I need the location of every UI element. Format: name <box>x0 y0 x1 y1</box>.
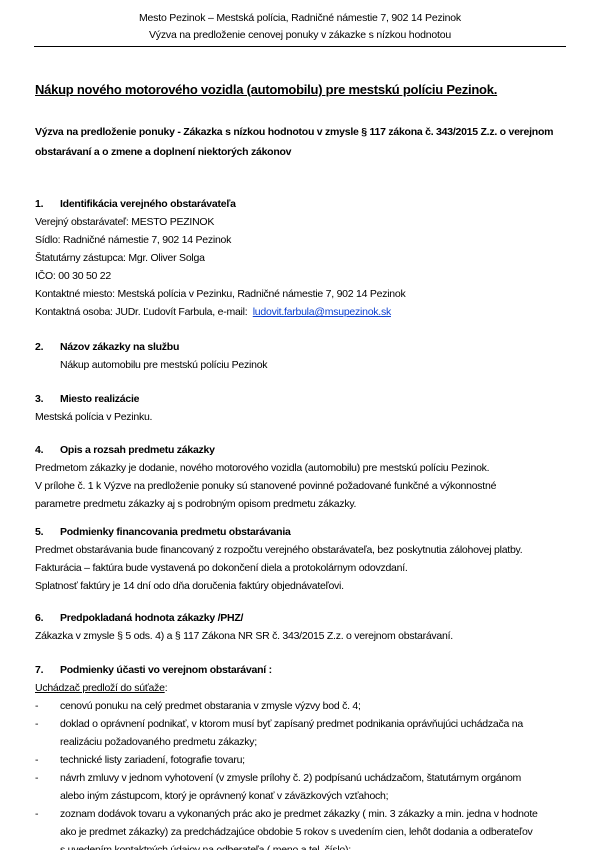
section-7-subheading: Uchádzač predloží do súťaže: <box>35 682 167 694</box>
section-number: 1. <box>35 198 60 210</box>
bullet-marker: - <box>35 808 39 820</box>
contact-email-link[interactable]: ludovit.farbula@msupezinok.sk <box>253 306 391 318</box>
section-6-heading: 6.Predpokladaná hodnota zákazky /PHZ/ <box>35 612 243 624</box>
bullet-marker: - <box>35 754 39 766</box>
intro-line-1: Výzva na predloženie ponuky - Zákazka s … <box>35 126 553 138</box>
section-heading-text: Predpokladaná hodnota zákazky /PHZ/ <box>60 612 243 624</box>
section-2-line: Nákup automobilu pre mestskú políciu Pez… <box>60 359 267 371</box>
subheading-colon: : <box>165 682 168 694</box>
section-number: 6. <box>35 612 60 624</box>
section-1-line: Verejný obstarávateľ: MESTO PEZINOK <box>35 216 214 228</box>
section-4-line: Predmetom zákazky je dodanie, nového mot… <box>35 462 489 474</box>
section-5-line: Splatnosť faktúry je 14 dní odo dňa doru… <box>35 580 344 592</box>
header-line-1: Mesto Pezinok – Mestská polícia, Radničn… <box>0 12 600 24</box>
section-heading-text: Názov zákazky na službu <box>60 341 179 353</box>
document-title: Nákup nového motorového vozidla (automob… <box>35 82 497 97</box>
section-number: 5. <box>35 526 60 538</box>
header-line-2: Výzva na predloženie cenovej ponuky v zá… <box>0 29 600 41</box>
bullet-marker: - <box>35 772 39 784</box>
section-5-heading: 5.Podmienky financovania predmetu obstar… <box>35 526 291 538</box>
section-number: 3. <box>35 393 60 405</box>
bullet-item: návrh zmluvy v jednom vyhotovení (v zmys… <box>60 772 521 784</box>
bullet-marker: - <box>35 718 39 730</box>
section-1-line: Sídlo: Radničné námestie 7, 902 14 Pezin… <box>35 234 231 246</box>
bullet-item: technické listy zariadení, fotografie to… <box>60 754 245 766</box>
bullet-item-cont: alebo iným zástupcom, ktorý je oprávnený… <box>60 790 388 802</box>
document-page: Mesto Pezinok – Mestská polícia, Radničn… <box>0 0 600 850</box>
section-heading-text: Miesto realizácie <box>60 393 139 405</box>
section-5-line: Fakturácia – faktúra bude vystavená po d… <box>35 562 408 574</box>
section-number: 4. <box>35 444 60 456</box>
section-number: 7. <box>35 664 60 676</box>
section-heading-text: Podmienky financovania predmetu obstaráv… <box>60 526 291 538</box>
section-1-line: Štatutárny zástupca: Mgr. Oliver Solga <box>35 252 205 264</box>
section-number: 2. <box>35 341 60 353</box>
section-4-line: parametre predmetu zákazky aj s podrobný… <box>35 498 356 510</box>
bullet-item-cont: s uvedením kontaktných údajov na odberat… <box>60 844 351 850</box>
bullet-marker: - <box>35 700 39 712</box>
section-heading-text: Identifikácia verejného obstarávateľa <box>60 198 236 210</box>
bullet-item: cenovú ponuku na celý predmet obstarania… <box>60 700 361 712</box>
section-6-line: Zákazka v zmysle § 5 ods. 4) a § 117 Zák… <box>35 630 453 642</box>
section-1-line: Kontaktné miesto: Mestská polícia v Pezi… <box>35 288 405 300</box>
section-3-line: Mestská polícia v Pezinku. <box>35 411 152 423</box>
section-1-line: IČO: 00 30 50 22 <box>35 270 111 282</box>
bullet-item-cont: ako je predmet zákazky) za predchádzajúc… <box>60 826 533 838</box>
section-7-heading: 7.Podmienky účasti vo verejnom obstaráva… <box>35 664 272 676</box>
section-2-heading: 2.Názov zákazky na službu <box>35 341 179 353</box>
subheading-text: Uchádzač predloží do súťaže <box>35 682 165 694</box>
section-3-heading: 3.Miesto realizácie <box>35 393 139 405</box>
section-4-line: V prílohe č. 1 k Výzve na predloženie po… <box>35 480 496 492</box>
section-4-heading: 4.Opis a rozsah predmetu zákazky <box>35 444 215 456</box>
intro-line-2: obstarávaní a o zmene a doplnení niektor… <box>35 146 291 158</box>
section-heading-text: Opis a rozsah predmetu zákazky <box>60 444 215 456</box>
bullet-item: doklad o oprávnení podnikať, v ktorom mu… <box>60 718 523 730</box>
bullet-item: zoznam dodávok tovaru a vykonaných prác … <box>60 808 538 820</box>
section-heading-text: Podmienky účasti vo verejnom obstarávaní… <box>60 664 272 676</box>
bullet-item-cont: realizáciu požadovaného predmetu zákazky… <box>60 736 257 748</box>
contact-person-label: Kontaktná osoba: JUDr. Ľudovít Farbula, … <box>35 306 247 318</box>
section-5-line: Predmet obstarávania bude financovaný z … <box>35 544 522 556</box>
contact-person-line: Kontaktná osoba: JUDr. Ľudovít Farbula, … <box>35 306 391 318</box>
section-1-heading: 1.Identifikácia verejného obstarávateľa <box>35 198 236 210</box>
header-divider <box>34 46 566 47</box>
